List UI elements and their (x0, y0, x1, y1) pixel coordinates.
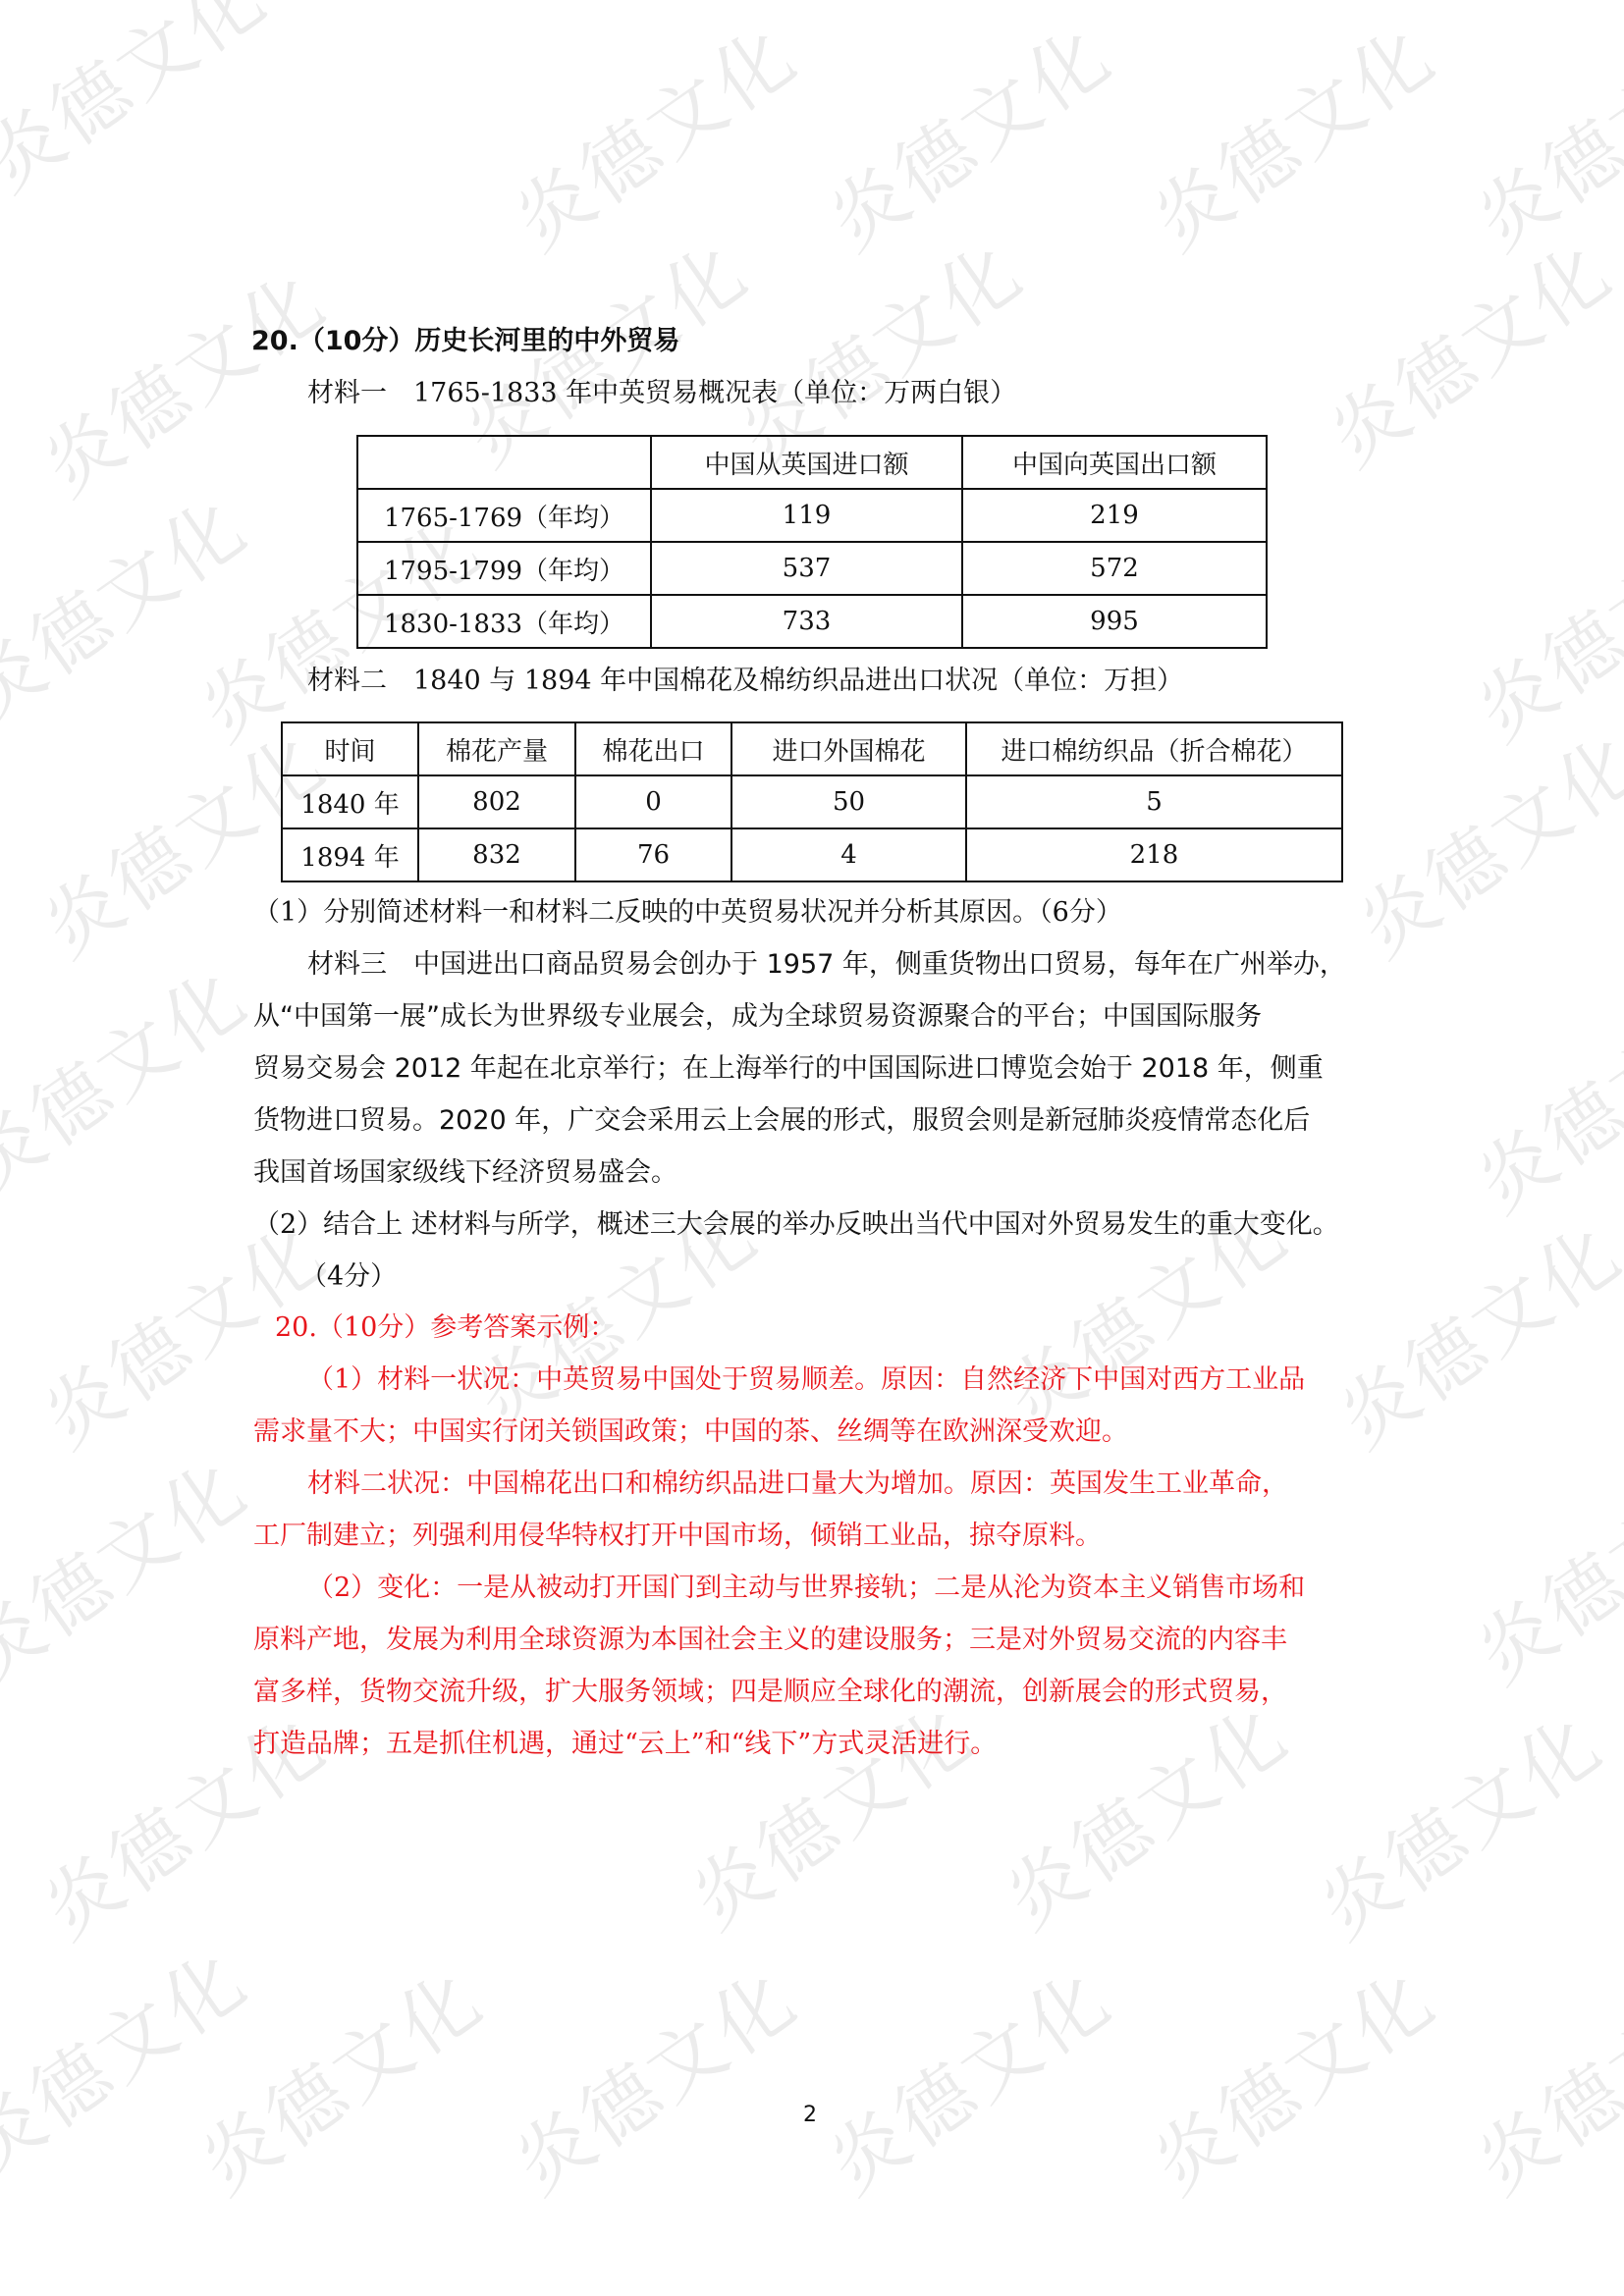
table-cell: 218 (966, 828, 1342, 881)
material3-line: 贸易交易会 2012 年起在北京举行；在上海举行的中国国际进口博览会始于 201… (253, 1051, 1324, 1087)
table-cell: 1894 年 (282, 828, 418, 881)
table-header-cell: 进口棉纺织品（折合棉花） (966, 722, 1342, 775)
table-cell: 119 (651, 489, 962, 542)
table-row: 1894 年 832 76 4 218 (282, 828, 1342, 881)
material1-caption: 材料一 1765-1833 年中英贸易概况表（单位：万两白银） (307, 376, 1016, 411)
document-page: 20.（10分）历史长河里的中外贸易 材料一 1765-1833 年中英贸易概况… (0, 0, 1624, 2296)
answer-line: 需求量不大；中国实行闭关锁国政策；中国的茶、丝绸等在欧洲深受欢迎。 (253, 1415, 1128, 1450)
table-cell: 832 (418, 828, 575, 881)
table-cell: 1840 年 (282, 775, 418, 828)
table-row: 1830-1833（年均） 733 995 (357, 595, 1267, 648)
table-cell: 0 (575, 775, 731, 828)
table-header-row: 中国从英国进口额 中国向英国出口额 (357, 436, 1267, 489)
answer-line: （1）材料一状况：中英贸易中国处于贸易顺差。原因：自然经济下中国对西方工业品 (307, 1362, 1305, 1398)
table-cell: 572 (962, 542, 1267, 595)
answer-line: （2）变化：一是从被动打开国门到主动与世界接轨；二是从沦为资本主义销售市场和 (307, 1571, 1305, 1606)
answer-line: 材料二状况：中国棉花出口和棉纺织品进口量大为增加。原因：英国发生工业革命， (307, 1467, 1288, 1502)
material2-caption: 材料二 1840 与 1894 年中国棉花及棉纺织品进出口状况（单位：万担） (307, 664, 1183, 699)
sub-question-2: （2）结合上 述材料与所学，概述三大会展的举办反映出当代中国对外贸易发生的重大变… (253, 1207, 1339, 1243)
table-cell: 4 (731, 828, 966, 881)
table-row: 1795-1799（年均） 537 572 (357, 542, 1267, 595)
table-header-cell: 中国向英国出口额 (962, 436, 1267, 489)
answer-line: 工厂制建立；列强利用侵华特权打开中国市场，倾销工业品，掠夺原料。 (253, 1519, 1102, 1554)
table-cell: 219 (962, 489, 1267, 542)
table-cell: 1830-1833（年均） (357, 595, 651, 648)
table-cell: 50 (731, 775, 966, 828)
table-cell: 5 (966, 775, 1342, 828)
material3-line: 货物进口贸易。2020 年，广交会采用云上会展的形式，服贸会则是新冠肺炎疫情常态… (253, 1103, 1310, 1139)
question-title: 20.（10分）历史长河里的中外贸易 (251, 324, 679, 359)
material3-line: 我国首场国家级线下经济贸易盛会。 (253, 1155, 677, 1191)
sub-question-1: （1）分别简述材料一和材料二反映的中英贸易状况并分析其原因。（6分） (253, 895, 1122, 931)
table-header-cell (357, 436, 651, 489)
table-header-cell: 进口外国棉花 (731, 722, 966, 775)
answer-line: 打造品牌；五是抓住机遇，通过“云上”和“线下”方式灵活进行。 (253, 1727, 997, 1762)
material1-table: 中国从英国进口额 中国向英国出口额 1765-1769（年均） 119 219 … (356, 435, 1268, 649)
table-cell: 995 (962, 595, 1267, 648)
table-cell: 802 (418, 775, 575, 828)
table-row: 1840 年 802 0 50 5 (282, 775, 1342, 828)
sub-question-2-score: （4分） (300, 1259, 397, 1295)
page-number: 2 (803, 2103, 817, 2127)
table-cell: 537 (651, 542, 962, 595)
table-row: 1765-1769（年均） 119 219 (357, 489, 1267, 542)
table-header-row: 时间 棉花产量 棉花出口 进口外国棉花 进口棉纺织品（折合棉花） (282, 722, 1342, 775)
material3-line: 从“中国第一展”成长为世界级专业展会，成为全球贸易资源聚合的平台；中国国际服务 (253, 999, 1262, 1035)
table-header-cell: 时间 (282, 722, 418, 775)
answer-line: 原料产地，发展为利用全球资源为本国社会主义的建设服务；三是对外贸易交流的内容丰 (253, 1623, 1287, 1658)
material2-table: 时间 棉花产量 棉花出口 进口外国棉花 进口棉纺织品（折合棉花） 1840 年 … (281, 721, 1343, 882)
table-cell: 1795-1799（年均） (357, 542, 651, 595)
table-header-cell: 中国从英国进口额 (651, 436, 962, 489)
answer-heading: 20.（10分）参考答案示例： (275, 1310, 616, 1346)
table-header-cell: 棉花出口 (575, 722, 731, 775)
table-cell: 1765-1769（年均） (357, 489, 651, 542)
table-header-cell: 棉花产量 (418, 722, 575, 775)
answer-line: 富多样，货物交流升级，扩大服务领域；四是顺应全球化的潮流，创新展会的形式贸易， (253, 1675, 1287, 1710)
table-cell: 733 (651, 595, 962, 648)
material3-line: 材料三 中国进出口商品贸易会创办于 1957 年，侧重货物出口贸易，每年在广州举… (307, 947, 1346, 983)
table-cell: 76 (575, 828, 731, 881)
